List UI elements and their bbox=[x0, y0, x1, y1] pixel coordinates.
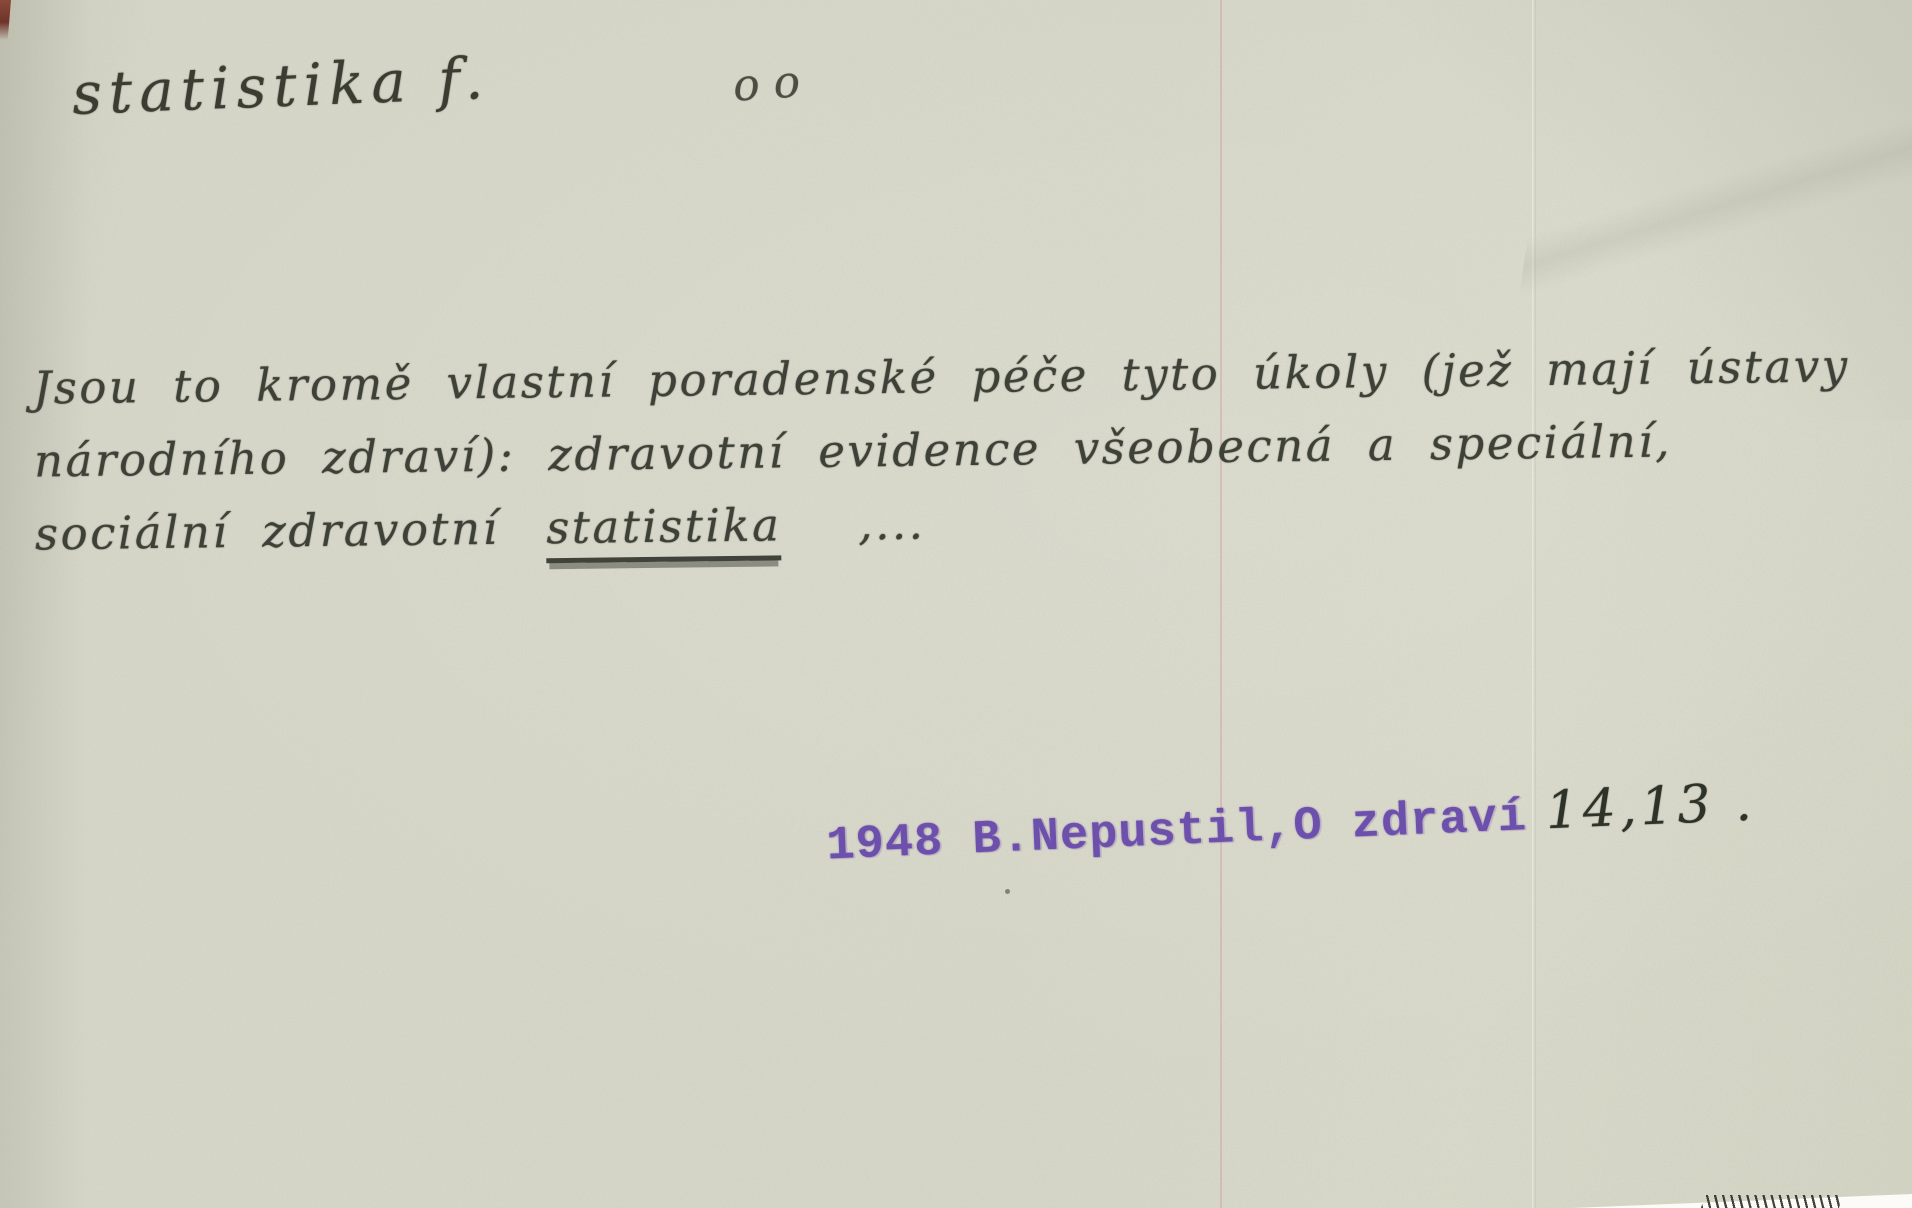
scan-edge-mark bbox=[0, 0, 11, 40]
scan-line-pink bbox=[1220, 0, 1222, 1208]
classification-mark: oo bbox=[731, 55, 815, 112]
date-author-stamp: 1948 B.Nepustil,O zdraví bbox=[825, 791, 1528, 873]
body-line-3-post: ,... bbox=[858, 497, 926, 551]
hatch-strip bbox=[1701, 1195, 1843, 1208]
card-body: Jsou to kromě vlastní poradenské péče ty… bbox=[33, 329, 1912, 571]
paper-crease-vertical bbox=[1532, 0, 1536, 1208]
stamp-row: 1948 B.Nepustil,O zdraví 14,13 . bbox=[825, 773, 1757, 874]
underlined-term: statistika bbox=[546, 498, 782, 563]
paper-shading-left bbox=[0, 0, 90, 1208]
paper-texture bbox=[0, 0, 1912, 1208]
index-card: statistika f. oo Jsou to kromě vlastní p… bbox=[0, 0, 1912, 1208]
handwritten-page-ref: 14,13 . bbox=[1544, 773, 1756, 842]
ink-fleck bbox=[1005, 889, 1010, 894]
card-bottom-edge bbox=[1572, 1191, 1912, 1208]
body-line-3-pre: sociální zdravotní bbox=[35, 502, 500, 561]
card-heading: statistika f. bbox=[71, 44, 491, 128]
